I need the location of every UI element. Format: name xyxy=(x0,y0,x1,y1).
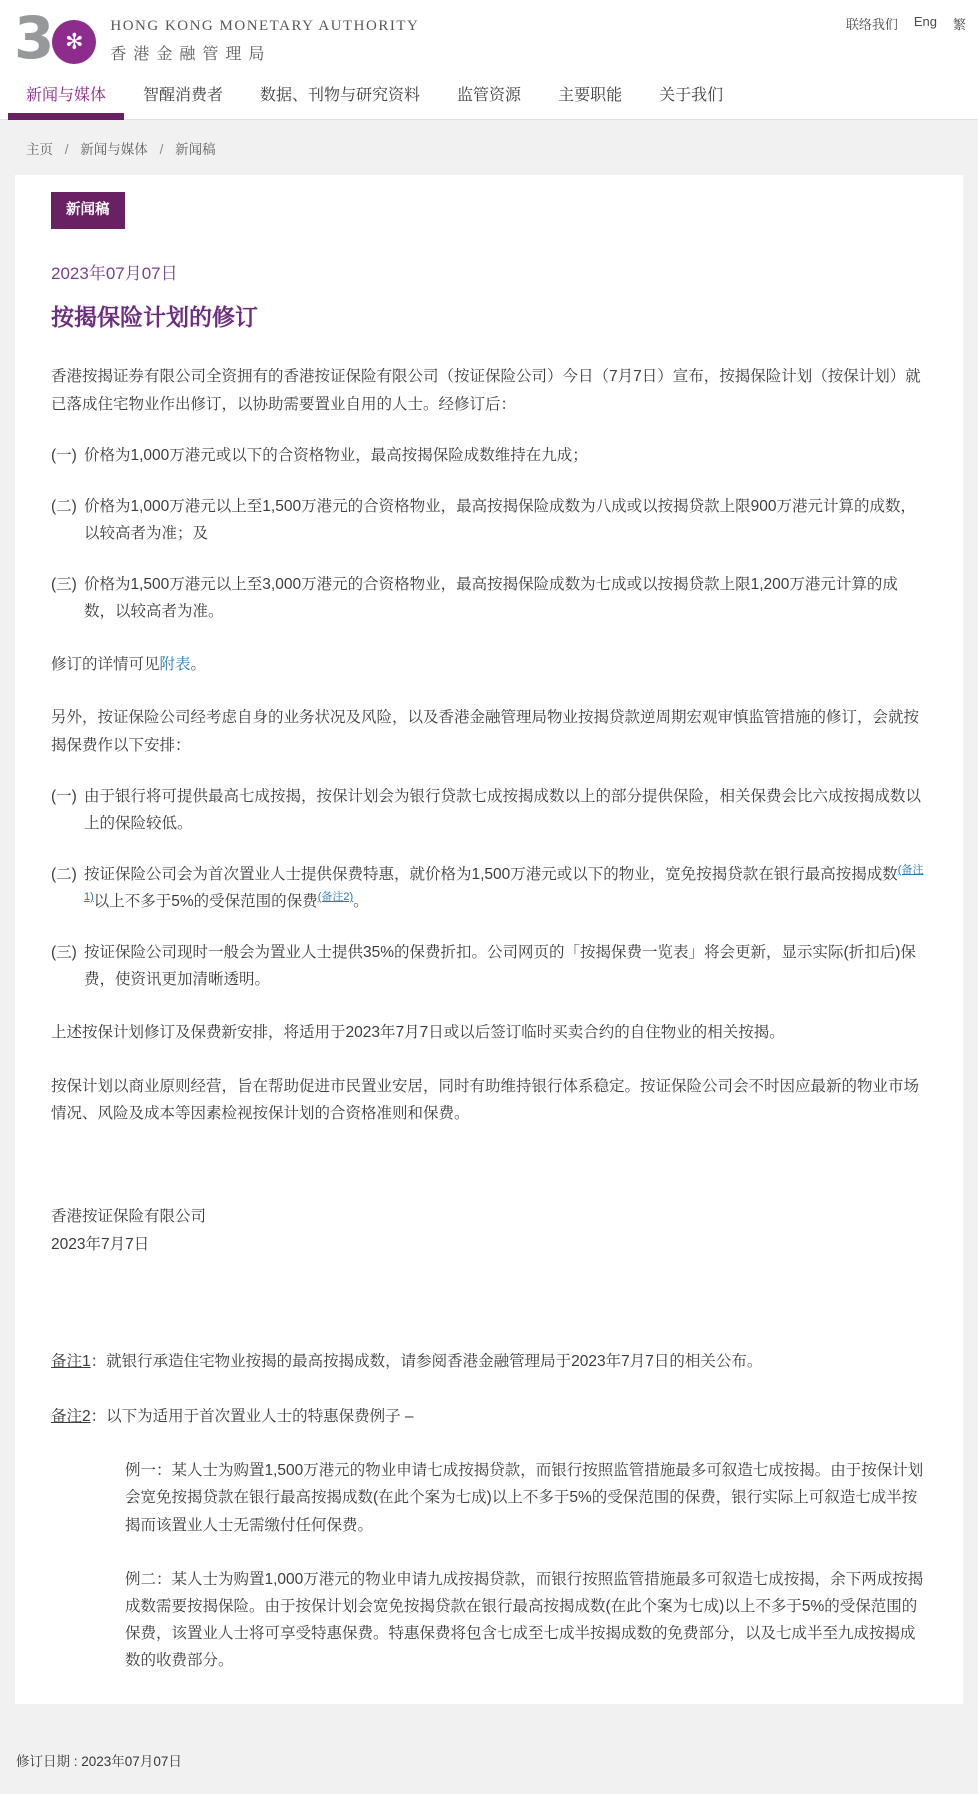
nav-item-key-functions[interactable]: 主要职能 xyxy=(558,82,622,119)
revision-date-label: 修订日期 : xyxy=(16,1754,81,1769)
nav-item-news-media[interactable]: 新闻与媒体 xyxy=(26,82,106,119)
note-2: 备注2：以下为适用于首次置业人士的特惠保费例子 – xyxy=(51,1403,927,1430)
list-marker: (二) xyxy=(51,493,84,520)
nav-item-about-us[interactable]: 关于我们 xyxy=(659,82,723,119)
effective-date-paragraph: 上述按保计划修订及保费新安排，将适用于2023年7月7日或以后签订临时买卖合约的… xyxy=(51,1019,927,1046)
list-marker: (一) xyxy=(51,442,84,469)
contact-us-link[interactable]: 联络我们 xyxy=(846,14,898,33)
annex-pre-text: 修订的详情可见 xyxy=(51,656,160,673)
list-item-text: 以上不多于5%的受保范围的保费 xyxy=(94,893,318,910)
note-1-text: ：就银行承造住宅物业按揭的最高按揭成数，请参阅香港金融管理局于2023年7月7日… xyxy=(91,1353,763,1370)
note-2-label: 备注2 xyxy=(51,1408,91,1425)
list-marker: (三) xyxy=(51,571,84,598)
utility-links: 联络我们 Eng 繁 xyxy=(846,14,966,33)
list1-item-2: (二)价格为1,000万港元以上至1,500万港元的合资格物业，最高按揭保险成数… xyxy=(51,493,927,547)
bauhinia-flower-icon: ✻ xyxy=(65,31,83,53)
language-eng-link[interactable]: Eng xyxy=(914,14,937,33)
list-item-text: 价格为1,000万港元或以下的合资格物业，最高按揭保险成数维持在九成； xyxy=(84,447,588,464)
list-marker: (二) xyxy=(51,861,84,888)
breadcrumb: 主页 / 新闻与媒体 / 新闻稿 xyxy=(0,120,978,175)
list2-item-3: (三)按证保险公司现时一般会为置业人士提供35%的保费折扣。公司网页的「按揭保费… xyxy=(51,939,927,993)
page: 联络我们 Eng 繁 3 ✻ HONG KONG MONETARY AUTHOR… xyxy=(0,0,978,1794)
breadcrumb-separator: / xyxy=(160,142,164,157)
org-name-chinese: 香港金融管理局 xyxy=(110,41,419,64)
logo-row: 3 ✻ HONG KONG MONETARY AUTHORITY 香港金融管理局 xyxy=(0,0,978,66)
page-footer: 修订日期 : 2023年07月07日 xyxy=(0,1704,978,1794)
list-item-text: 由于银行将可提供最高七成按揭，按保计划会为银行贷款七成按揭成数以上的部分提供保险… xyxy=(84,788,921,832)
commercial-principles-paragraph: 按保计划以商业原则经营，旨在帮助促进市民置业安居，同时有助维持银行体系稳定。按证… xyxy=(51,1073,927,1127)
list1-item-1: (一)价格为1,000万港元或以下的合资格物业，最高按揭保险成数维持在九成； xyxy=(51,442,927,469)
note-2-text: ：以下为适用于首次置业人士的特惠保费例子 – xyxy=(91,1408,414,1425)
list2-item-1: (一)由于银行将可提供最高七成按揭，按保计划会为银行贷款七成按揭成数以上的部分提… xyxy=(51,783,927,837)
signoff-date: 2023年7月7日 xyxy=(51,1231,927,1260)
note2-sup-link[interactable]: (备注2) xyxy=(318,891,353,903)
note-1: 备注1：就银行承造住宅物业按揭的最高按揭成数，请参阅香港金融管理局于2023年7… xyxy=(51,1348,927,1375)
revision-date-line: 修订日期 : 2023年07月07日 xyxy=(16,1750,978,1770)
intro-paragraph: 香港按揭证券有限公司全资拥有的香港按证保险有限公司（按证保险公司）今日（7月7日… xyxy=(51,363,927,417)
site-header: 联络我们 Eng 繁 3 ✻ HONG KONG MONETARY AUTHOR… xyxy=(0,0,978,120)
article-date: 2023年07月07日 xyxy=(51,259,927,289)
annex-paragraph: 修订的详情可见附表。 xyxy=(51,651,927,678)
example-1: 例一：某人士为购置1,500万港元的物业申请七成按揭贷款，而银行按照监管措施最多… xyxy=(125,1457,927,1538)
revision-date-value: 2023年07月07日 xyxy=(81,1754,182,1769)
org-name-english: HONG KONG MONETARY AUTHORITY xyxy=(110,18,419,35)
list-marker: (三) xyxy=(51,939,84,966)
list-item-text: 价格为1,000万港元以上至1,500万港元的合资格物业，最高按揭保险成数为八成… xyxy=(84,498,916,542)
annex-link[interactable]: 附表 xyxy=(160,656,191,673)
language-traditional-link[interactable]: 繁 xyxy=(953,14,966,33)
page-title: 按揭保险计划的修订 xyxy=(51,297,927,337)
notes-section: 备注1：就银行承造住宅物业按揭的最高按揭成数，请参阅香港金融管理局于2023年7… xyxy=(51,1348,927,1430)
list-marker: (一) xyxy=(51,783,84,810)
nav-item-data-publications-research[interactable]: 数据、刊物与研究资料 xyxy=(260,82,420,119)
press-release-article: 新闻稿 2023年07月07日 按揭保险计划的修订 香港按揭证券有限公司全资拥有… xyxy=(15,175,963,1704)
list1-item-3: (三)价格为1,500万港元以上至3,000万港元的合资格物业，最高按揭保险成数… xyxy=(51,571,927,625)
note-1-label: 备注1 xyxy=(51,1353,91,1370)
signoff-organisation: 香港按证保险有限公司 xyxy=(51,1203,927,1232)
list-item-text: 按证保险公司会为首次置业人士提供保费特惠，就价格为1,500万港元或以下的物业，… xyxy=(84,866,898,883)
list-item-text: 价格为1,500万港元以上至3,000万港元的合资格物业，最高按揭保险成数为七成… xyxy=(84,576,898,620)
breadcrumb-home[interactable]: 主页 xyxy=(26,142,53,157)
list2-item-2: (二)按证保险公司会为首次置业人士提供保费特惠，就价格为1,500万港元或以下的… xyxy=(51,861,927,915)
breadcrumb-news-media[interactable]: 新闻与媒体 xyxy=(80,142,148,157)
press-release-badge: 新闻稿 xyxy=(51,192,125,229)
nav-item-smart-consumers[interactable]: 智醒消费者 xyxy=(143,82,223,119)
logo-numeral-zero: ✻ xyxy=(52,20,96,64)
breadcrumb-separator: / xyxy=(65,142,69,157)
org-names: HONG KONG MONETARY AUTHORITY 香港金融管理局 xyxy=(110,10,419,64)
list-item-text: 按证保险公司现时一般会为置业人士提供35%的保费折扣。公司网页的「按揭保费一览表… xyxy=(84,944,916,988)
breadcrumb-press-release: 新闻稿 xyxy=(175,142,216,157)
hkma-30th-logo[interactable]: 3 ✻ xyxy=(14,10,96,66)
example-2: 例二：某人士为购置1,000万港元的物业申请九成按揭贷款，而银行按照监管措施最多… xyxy=(125,1566,927,1675)
main-nav: 新闻与媒体 智醒消费者 数据、刊物与研究资料 监管资源 主要职能 关于我们 xyxy=(0,66,978,120)
list-item-text: 。 xyxy=(353,893,369,910)
premium-arrangements-paragraph: 另外，按证保险公司经考虑自身的业务状况及风险，以及香港金融管理局物业按揭贷款逆周… xyxy=(51,704,927,758)
annex-post-text: 。 xyxy=(191,656,207,673)
signoff: 香港按证保险有限公司 2023年7月7日 xyxy=(51,1203,927,1260)
nav-item-regulatory-resources[interactable]: 监管资源 xyxy=(457,82,521,119)
logo-numeral-three: 3 xyxy=(14,10,50,66)
